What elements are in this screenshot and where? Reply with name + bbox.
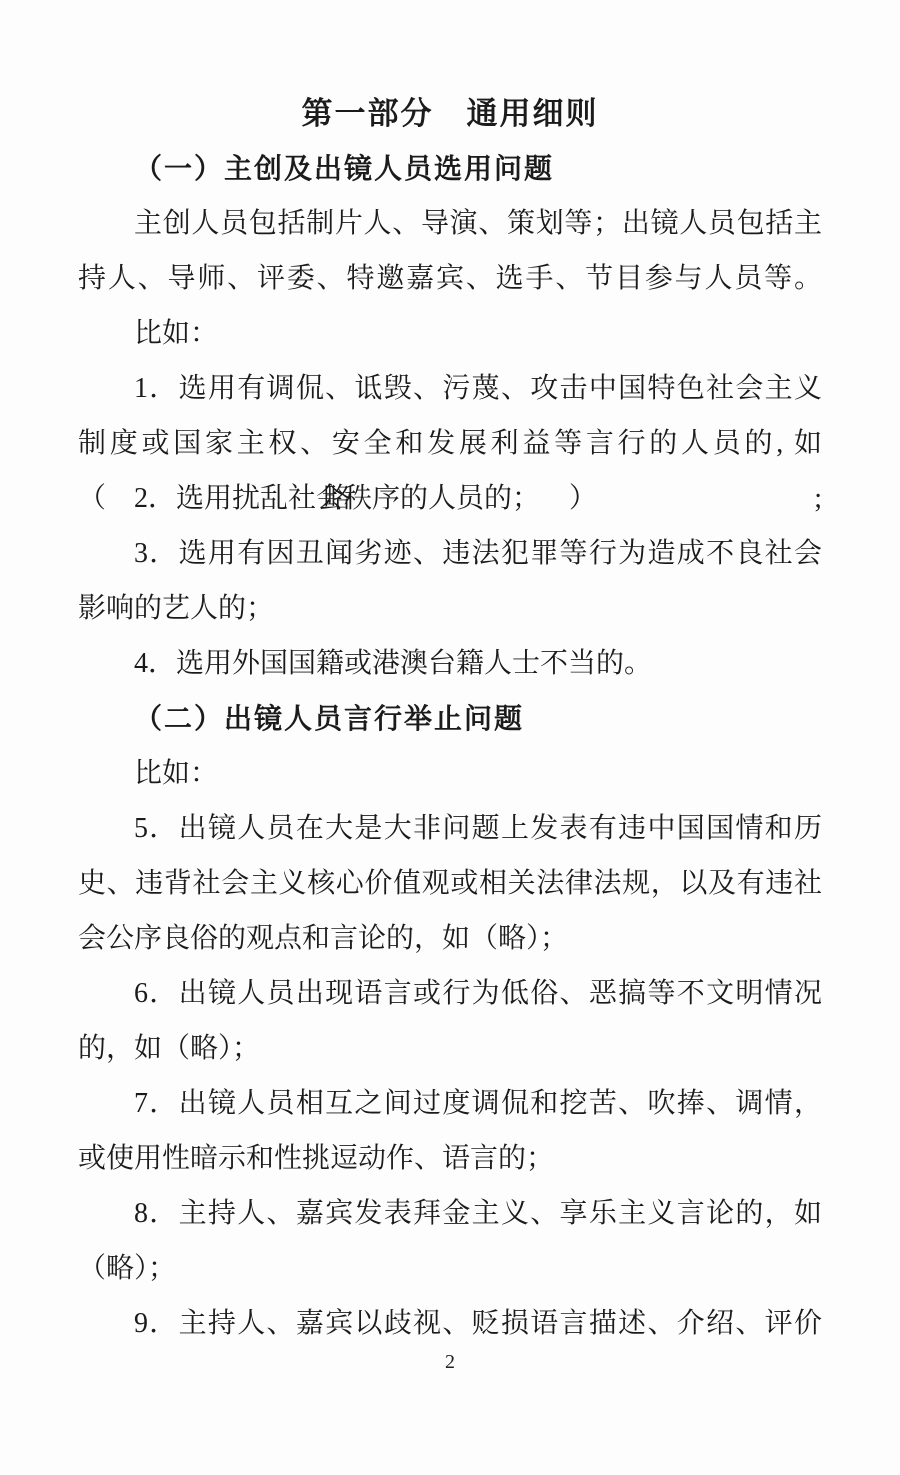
document-content: 第一部分 通用细则（一）主创及出镜人员选用问题主创人员包括制片人、导演、策划等；… [78, 86, 822, 1351]
section-heading-line: （二）出镜人员言行举止问题 [78, 691, 822, 746]
body-text-line: 史、违背社会主义核心价值观或相关法律法规，以及有违社 [78, 856, 822, 911]
body-text-line: 主创人员包括制片人、导演、策划等；出镜人员包括主 [78, 196, 822, 251]
body-text-line: 6．出镜人员出现语言或行为低俗、恶搞等不文明情况 [78, 966, 822, 1021]
body-text-line: 比如： [78, 746, 822, 801]
document-page: 第一部分 通用细则（一）主创及出镜人员选用问题主创人员包括制片人、导演、策划等；… [0, 0, 900, 1475]
page-number: 2 [0, 1348, 900, 1376]
body-text-line: 5．出镜人员在大是大非问题上发表有违中国国情和历 [78, 801, 822, 856]
body-text-line: 或使用性暗示和性挑逗动作、语言的； [78, 1131, 822, 1186]
body-text-line: 8．主持人、嘉宾发表拜金主义、享乐主义言论的，如 [78, 1186, 822, 1241]
body-text-line: （略）； [78, 1241, 822, 1296]
body-text-line: 7．出镜人员相互之间过度调侃和挖苦、吹捧、调情， [78, 1076, 822, 1131]
body-text-line: 制度或国家主权、安全和发展利益等言行的人员的, 如（略）; [78, 416, 822, 471]
body-text-line: 1．选用有调侃、诋毁、污蔑、攻击中国特色社会主义 [78, 361, 822, 416]
body-text-line: 比如： [78, 306, 822, 361]
body-text-line: 4．选用外国国籍或港澳台籍人士不当的。 [78, 636, 822, 691]
body-text-line: 会公序良俗的观点和言论的，如（略）； [78, 911, 822, 966]
section-heading-line: （一）主创及出镜人员选用问题 [78, 141, 822, 196]
body-text-line: 9．主持人、嘉宾以歧视、贬损语言描述、介绍、评价 [78, 1296, 822, 1351]
body-text-line: 持人、导师、评委、特邀嘉宾、选手、节目参与人员等。 [78, 251, 822, 306]
body-text-line: 3．选用有因丑闻劣迹、违法犯罪等行为造成不良社会 [78, 526, 822, 581]
body-text-line: 影响的艺人的； [78, 581, 822, 636]
body-text-line: 的，如（略）； [78, 1021, 822, 1076]
document-title: 第一部分 通用细则 [78, 86, 822, 141]
